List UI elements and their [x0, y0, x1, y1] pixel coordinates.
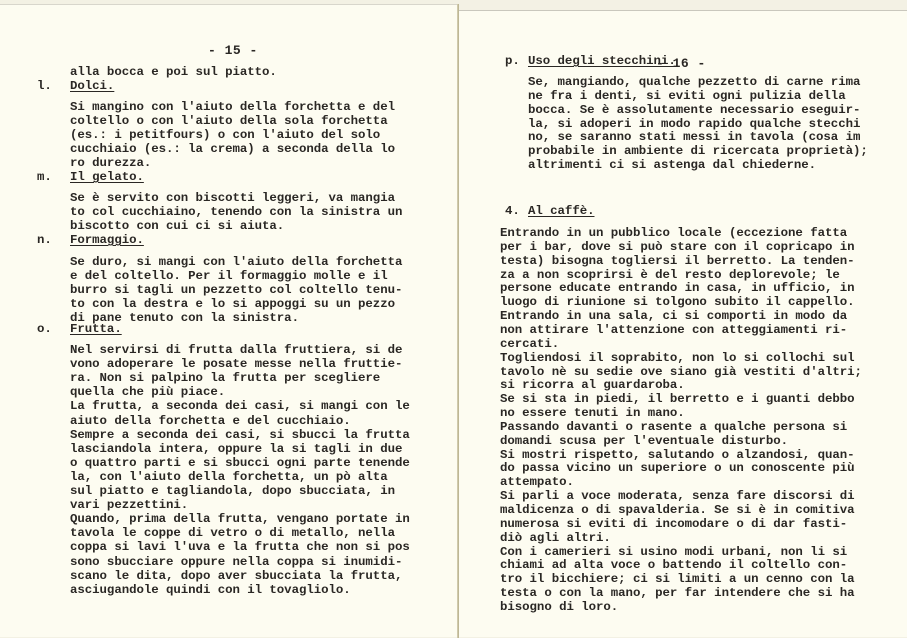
body-line: no, se saranno stati messi in tavola (co…	[528, 130, 860, 144]
body-line: sul piatto e tagliandola, dopo sbucciata…	[70, 484, 395, 498]
body-line: altrimenti ci si astenga dal chiederne.	[528, 158, 816, 172]
body-line: o quattro parti e si sbucci ogni parte t…	[70, 456, 410, 470]
body-line: tavola le coppe di vetro o di metallo, n…	[70, 526, 395, 540]
body-line: Se si sta in piedi, il berretto e i guan…	[500, 392, 855, 406]
section-heading: Frutta.	[70, 322, 122, 336]
body-line: maldicenza o di spavalderia. Se si è in …	[500, 503, 855, 517]
body-line: (es.: i petitfours) o con l'aiuto del so…	[70, 128, 380, 142]
body-line: Sempre a seconda dei casi, si sbucci la …	[70, 428, 410, 442]
body-line: asciugandole quindi con il tovagliolo.	[70, 583, 351, 597]
body-line: no essere tenuti in mano.	[500, 406, 685, 420]
body-line: tavolo nè su sedie ove siano già vestiti…	[500, 365, 862, 379]
section-heading: Al caffè.	[528, 204, 594, 218]
body-line: za a non scoprirsi è del resto deplorevo…	[500, 268, 840, 282]
body-line: Se duro, si mangi con l'aiuto della forc…	[70, 255, 402, 269]
body-line: bisogno di loro.	[500, 600, 618, 614]
body-line: vono adoperare le posate messe nella fru…	[70, 357, 402, 371]
section-marker: o.	[37, 322, 52, 336]
body-line: testa) bisogna togliersi il berretto. La…	[500, 254, 855, 268]
body-line: Togliendosi il soprabito, non lo si coll…	[500, 351, 855, 365]
body-line: chiami ad alta voce o battendo il coltel…	[500, 558, 847, 572]
body-line: ro durezza.	[70, 156, 151, 170]
body-line: La frutta, a seconda dei casi, si mangi …	[70, 399, 410, 413]
body-line: persone educate entrando in casa, in uff…	[500, 281, 855, 295]
body-line: cercati.	[500, 337, 559, 351]
body-line: sono sbucciare oppure nella coppa si inu…	[70, 555, 402, 569]
section-marker: 4.	[505, 204, 520, 218]
body-line: coppa si lavi l'uva e la frutta che non …	[70, 540, 410, 554]
section-marker: l.	[37, 79, 52, 93]
body-line: burro si tagli un pezzetto col coltello …	[70, 283, 402, 297]
body-line: biscotto con cui ci si aiuta.	[70, 219, 284, 233]
section-marker: m.	[37, 170, 52, 184]
page-number: - 15 -	[208, 43, 258, 58]
body-line: aiuto della forchetta e del cucchiaio.	[70, 414, 351, 428]
body-line: probabile in ambiente di ricercata propr…	[528, 144, 868, 158]
body-line: bocca. Se è assolutamente necessario ese…	[528, 103, 860, 117]
body-line: Si parli a voce moderata, senza fare dis…	[500, 489, 855, 503]
body-line: tro il bicchiere; ci si limiti a un cenn…	[500, 572, 855, 586]
body-line: ne fra i denti, si eviti ogni pulizia de…	[528, 89, 846, 103]
body-line: domandi scusa per l'eventuale disturbo.	[500, 434, 788, 448]
body-line: to con la destra e lo si appoggi su un p…	[70, 297, 395, 311]
body-line: la, si adoperi in modo rapido qualche st…	[528, 117, 860, 131]
section-heading: Formaggio.	[70, 233, 144, 247]
body-line: numerosa si eviti di incomodare o di dar…	[500, 517, 847, 531]
section-marker: n.	[37, 233, 52, 247]
section-heading: Dolci.	[70, 79, 114, 93]
body-line: testa o con la mano, per far intendere c…	[500, 586, 855, 600]
section-marker: p.	[505, 54, 520, 68]
section-heading: Il gelato.	[70, 170, 144, 184]
body-line: Passando davanti o rasente a qualche per…	[500, 420, 847, 434]
body-line: Con i camerieri si usino modi urbani, no…	[500, 545, 847, 559]
body-line: non attirare l'attenzione con atteggiame…	[500, 323, 847, 337]
body-line: Quando, prima della frutta, vengano port…	[70, 512, 410, 526]
body-line: Nel servirsi di frutta dalla fruttiera, …	[70, 343, 402, 357]
body-line: Entrando in una sala, ci si comporti in …	[500, 309, 847, 323]
body-line: do passa vicino un superiore o un conosc…	[500, 461, 855, 475]
body-line: ra. Non si palpino la frutta per sceglie…	[70, 371, 380, 385]
body-line: quella che più piace.	[70, 385, 225, 399]
book-spread: - 15 - alla bocca e poi sul piatto.l.Dol…	[0, 0, 907, 638]
body-line: Se è servito con biscotti leggeri, va ma…	[70, 191, 395, 205]
body-line: lasciandola intera, oppure la si tagli i…	[70, 442, 402, 456]
body-line: diò agli altri.	[500, 531, 611, 545]
page-16: - 16 - p.Uso degli stecchini.Se, mangian…	[459, 10, 907, 637]
body-line: Si mostri rispetto, salutando o alzandos…	[500, 448, 855, 462]
intro-line: alla bocca e poi sul piatto.	[70, 65, 277, 79]
body-line: luogo di riunione si tolgono subito il c…	[500, 295, 855, 309]
body-line: cucchiaio (es.: la crema) a seconda dell…	[70, 142, 395, 156]
body-line: attempato.	[500, 475, 574, 489]
body-line: Si mangino con l'aiuto della forchetta e…	[70, 100, 395, 114]
body-line: to col cucchiaino, tenendo con la sinist…	[70, 205, 402, 219]
body-line: e del coltello. Per il formaggio molle e…	[70, 269, 388, 283]
body-line: Entrando in un pubblico locale (eccezion…	[500, 226, 847, 240]
body-line: scano le dita, dopo aver sbucciata la fr…	[70, 569, 402, 583]
body-line: si ricorra al guardaroba.	[500, 378, 685, 392]
section-heading: Uso degli stecchini.	[528, 54, 676, 68]
body-line: coltello o con l'aiuto della sola forche…	[70, 114, 388, 128]
body-line: Se, mangiando, qualche pezzetto di carne…	[528, 75, 860, 89]
body-line: la, con l'aiuto della forchetta, un pò a…	[70, 470, 388, 484]
page-15: - 15 - alla bocca e poi sul piatto.l.Dol…	[0, 4, 458, 637]
body-line: vari pezzettini.	[70, 498, 188, 512]
body-line: per i bar, dove si può stare con il copr…	[500, 240, 855, 254]
